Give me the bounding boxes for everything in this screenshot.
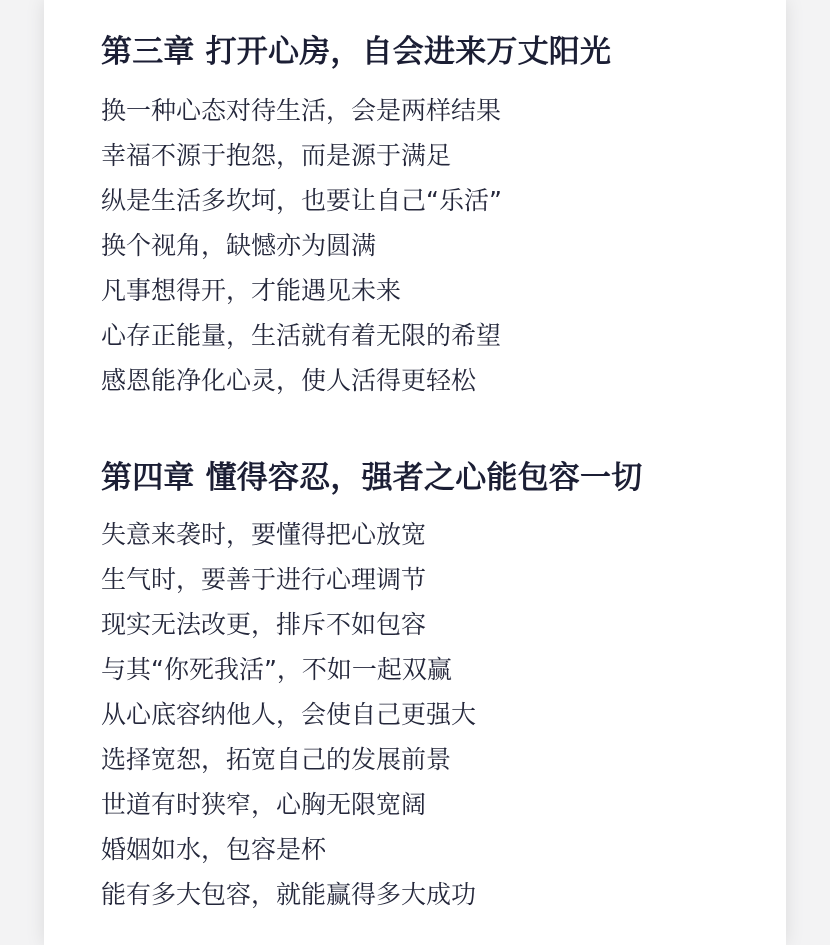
list-item: 纵是生活多坎坷，也要让自己“乐活” bbox=[101, 178, 611, 223]
list-item: 感恩能净化心灵，使人活得更轻松 bbox=[101, 358, 611, 403]
list-item: 现实无法改更，排斥不如包容 bbox=[101, 602, 642, 647]
list-item: 婚姻如水，包容是杯 bbox=[101, 827, 642, 872]
list-item: 能有多大包容，就能赢得多大成功 bbox=[101, 872, 642, 917]
chapter-4-line-list: 失意来袭时，要懂得把心放宽 生气时，要善于进行心理调节 现实无法改更，排斥不如包… bbox=[101, 512, 642, 917]
list-item: 换个视角，缺憾亦为圆满 bbox=[101, 223, 611, 268]
list-item: 与其“你死我活”，不如一起双赢 bbox=[101, 647, 642, 692]
list-item: 心存正能量，生活就有着无限的希望 bbox=[101, 313, 611, 358]
list-item: 失意来袭时，要懂得把心放宽 bbox=[101, 512, 642, 557]
list-item: 从心底容纳他人，会使自己更强大 bbox=[101, 692, 642, 737]
list-item: 世道有时狭窄，心胸无限宽阔 bbox=[101, 782, 642, 827]
list-item: 生气时，要善于进行心理调节 bbox=[101, 557, 642, 602]
chapter-title: 第三章 打开心房，自会进来万丈阳光 bbox=[101, 32, 611, 72]
chapter-3-section: 第三章 打开心房，自会进来万丈阳光 换一种心态对待生活，会是两样结果 幸福不源于… bbox=[101, 32, 611, 403]
list-item: 选择宽恕，拓宽自己的发展前景 bbox=[101, 737, 642, 782]
chapter-title: 第四章 懂得容忍，强者之心能包容一切 bbox=[101, 458, 642, 498]
list-item: 凡事想得开，才能遇见未来 bbox=[101, 268, 611, 313]
list-item: 幸福不源于抱怨，而是源于满足 bbox=[101, 133, 611, 178]
chapter-3-line-list: 换一种心态对待生活，会是两样结果 幸福不源于抱怨，而是源于满足 纵是生活多坎坷，… bbox=[101, 88, 611, 403]
list-item: 换一种心态对待生活，会是两样结果 bbox=[101, 88, 611, 133]
chapter-4-section: 第四章 懂得容忍，强者之心能包容一切 失意来袭时，要懂得把心放宽 生气时，要善于… bbox=[101, 458, 642, 917]
